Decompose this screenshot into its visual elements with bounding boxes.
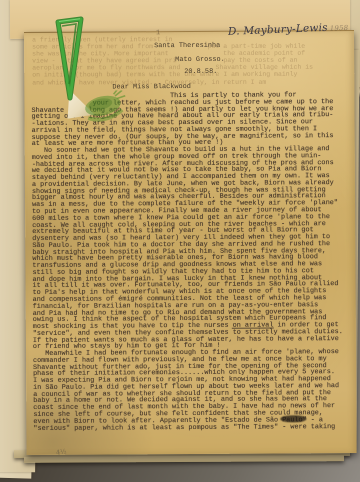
pencil-mark: 4½	[55, 447, 66, 456]
letterhead-place: Santa Theresinha	[154, 42, 220, 50]
paperclip-icon	[50, 12, 92, 106]
letter-body-text: This is partly to thank you for your let…	[31, 92, 343, 432]
letterhead-date: 20.8.58.	[184, 68, 217, 76]
letterhead-region: Mato Grosso.	[175, 56, 225, 64]
handwritten-year: 1958	[330, 24, 349, 33]
letter-photo: a friendly even (utterly interest in som…	[0, 0, 360, 482]
bottom-sheet-edge-inner	[24, 455, 344, 463]
ink-smudge	[280, 415, 306, 422]
page-number: 1	[156, 29, 160, 37]
